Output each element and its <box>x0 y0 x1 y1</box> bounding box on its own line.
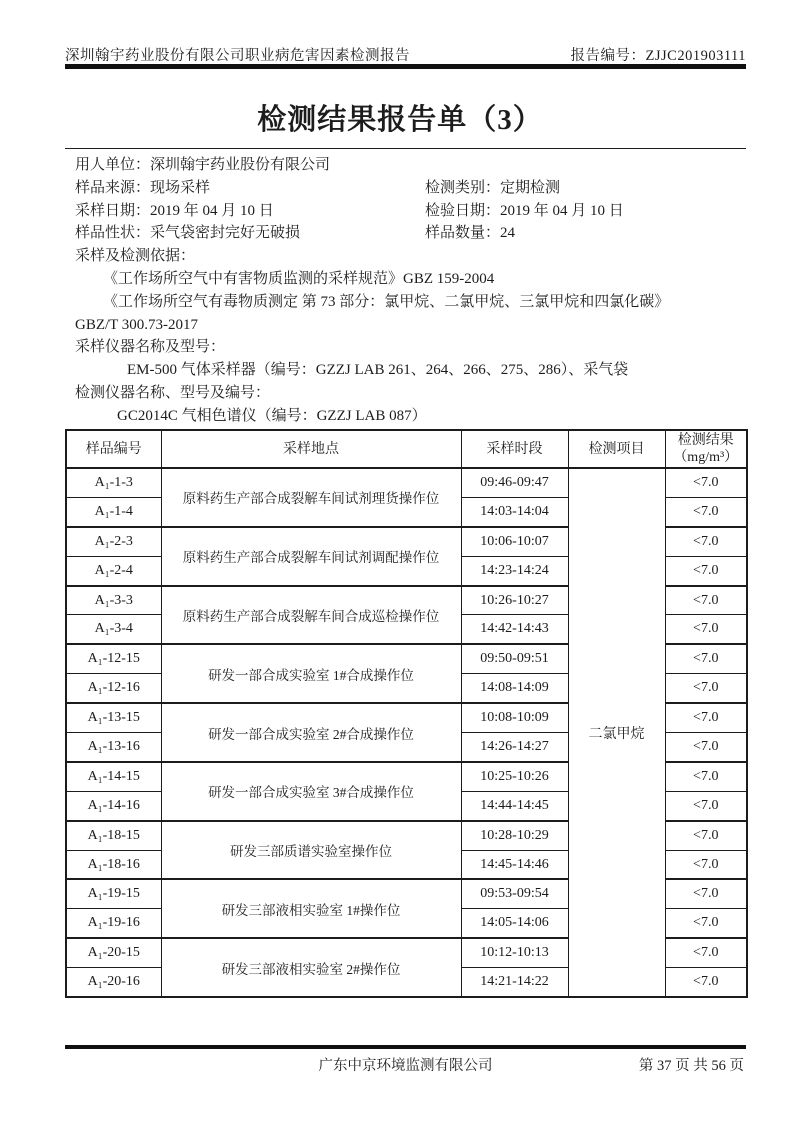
result-cell: <7.0 <box>665 497 747 526</box>
column-header-result: 检测结果 （mg/m³） <box>665 430 747 468</box>
results-table: 样品编号 采样地点 采样时段 检测项目 检测结果 （mg/m³） A₁-1-3原… <box>65 429 748 998</box>
info-detector-label: 检测仪器名称、型号及编号： <box>65 382 746 405</box>
info-sampler-line: EM-500 气体采样器（编号：GZZJ LAB 261、264、266、275… <box>65 359 746 382</box>
footer-divider <box>65 1045 746 1049</box>
sampling-time-cell: 14:26-14:27 <box>461 733 568 762</box>
sampling-time-cell: 14:44-14:45 <box>461 791 568 820</box>
report-number: 报告编号：ZJJC201903111 <box>571 44 747 65</box>
sample-id-cell: A₁-19-15 <box>66 879 161 908</box>
sample-id-cell: A₁-20-15 <box>66 938 161 967</box>
result-cell: <7.0 <box>665 821 747 850</box>
report-info-block: 用人单位：深圳翰宇药业股份有限公司 样品来源：现场采样 检测类别：定期检测 采样… <box>65 148 746 428</box>
info-row-source-type: 样品来源：现场采样 检测类别：定期检测 <box>65 177 746 200</box>
page-title: 检测结果报告单（3） <box>0 97 800 138</box>
result-cell: <7.0 <box>665 703 747 732</box>
info-basis-label: 采样及检测依据： <box>65 245 746 268</box>
sampling-time-cell: 14:42-14:43 <box>461 615 568 644</box>
sampling-time-cell: 14:03-14:04 <box>461 497 568 526</box>
sampling-location-cell: 研发一部合成实验室 1#合成操作位 <box>161 644 461 703</box>
result-cell: <7.0 <box>665 791 747 820</box>
sampling-time-cell: 09:46-09:47 <box>461 468 568 497</box>
sampling-location-cell: 原料药生产部合成裂解车间试剂调配操作位 <box>161 527 461 586</box>
sample-id-cell: A₁-1-4 <box>66 497 161 526</box>
info-sample-condition: 样品性状：采气袋密封完好无破损 <box>75 222 425 245</box>
table-row: A₁-1-3原料药生产部合成裂解车间试剂理货操作位09:46-09:47二氯甲烷… <box>66 468 747 497</box>
result-cell: <7.0 <box>665 644 747 673</box>
info-sampler-label: 采样仪器名称及型号： <box>65 336 746 359</box>
sample-id-cell: A₁-14-16 <box>66 791 161 820</box>
info-basis-line-1: 《工作场所空气中有害物质监测的采样规范》GBZ 159-2004 <box>65 268 746 291</box>
result-cell: <7.0 <box>665 879 747 908</box>
sampling-time-cell: 09:50-09:51 <box>461 644 568 673</box>
sampling-time-cell: 10:06-10:07 <box>461 527 568 556</box>
result-cell: <7.0 <box>665 615 747 644</box>
running-footer: 广东中京环境监测有限公司 第 37 页 共 56 页 <box>65 1054 746 1076</box>
result-cell: <7.0 <box>665 556 747 585</box>
result-cell: <7.0 <box>665 938 747 967</box>
table-header-row: 样品编号 采样地点 采样时段 检测项目 检测结果 （mg/m³） <box>66 430 747 468</box>
result-cell: <7.0 <box>665 909 747 938</box>
sample-id-cell: A₁-2-4 <box>66 556 161 585</box>
result-cell: <7.0 <box>665 527 747 556</box>
sampling-location-cell: 研发三部质谱实验室操作位 <box>161 821 461 880</box>
sample-id-cell: A₁-1-3 <box>66 468 161 497</box>
result-cell: <7.0 <box>665 586 747 615</box>
sampling-time-cell: 14:45-14:46 <box>461 850 568 879</box>
sampling-location-cell: 原料药生产部合成裂解车间合成巡检操作位 <box>161 586 461 645</box>
sample-id-cell: A₁-19-16 <box>66 909 161 938</box>
sampling-time-cell: 09:53-09:54 <box>461 879 568 908</box>
sample-id-cell: A₁-18-15 <box>66 821 161 850</box>
info-sample-quantity: 样品数量：24 <box>425 222 746 245</box>
info-employer: 用人单位：深圳翰宇药业股份有限公司 <box>65 154 746 177</box>
info-detect-type: 检测类别：定期检测 <box>425 177 746 200</box>
sampling-time-cell: 14:08-14:09 <box>461 674 568 703</box>
header-divider <box>65 64 746 69</box>
running-header: 深圳翰宇药业股份有限公司职业病危害因素检测报告 报告编号：ZJJC2019031… <box>65 44 746 65</box>
sampling-time-cell: 14:23-14:24 <box>461 556 568 585</box>
info-row-condition-qty: 样品性状：采气袋密封完好无破损 样品数量：24 <box>65 222 746 245</box>
report-header-title: 深圳翰宇药业股份有限公司职业病危害因素检测报告 <box>65 44 410 65</box>
info-basis-line-3: GBZ/T 300.73-2017 <box>65 314 746 337</box>
result-cell: <7.0 <box>665 733 747 762</box>
info-sample-source: 样品来源：现场采样 <box>75 177 425 200</box>
sampling-time-cell: 10:28-10:29 <box>461 821 568 850</box>
column-header-sampling-time: 采样时段 <box>461 430 568 468</box>
detect-item-cell: 二氯甲烷 <box>568 468 665 997</box>
column-header-sampling-location: 采样地点 <box>161 430 461 468</box>
sample-id-cell: A₁-3-4 <box>66 615 161 644</box>
column-header-detect-item: 检测项目 <box>568 430 665 468</box>
sampling-time-cell: 14:21-14:22 <box>461 968 568 997</box>
sample-id-cell: A₁-12-15 <box>66 644 161 673</box>
sampling-location-cell: 研发三部液相实验室 1#操作位 <box>161 879 461 938</box>
info-sampling-date: 采样日期：2019 年 04 月 10 日 <box>75 200 425 223</box>
results-tbody: A₁-1-3原料药生产部合成裂解车间试剂理货操作位09:46-09:47二氯甲烷… <box>66 468 747 997</box>
sampling-time-cell: 10:25-10:26 <box>461 762 568 791</box>
result-cell: <7.0 <box>665 968 747 997</box>
sample-id-cell: A₁-2-3 <box>66 527 161 556</box>
result-cell: <7.0 <box>665 674 747 703</box>
footer-page-number: 第 37 页 共 56 页 <box>639 1054 744 1075</box>
sampling-location-cell: 原料药生产部合成裂解车间试剂理货操作位 <box>161 468 461 527</box>
info-detector-line: GC2014C 气相色谱仪（编号：GZZJ LAB 087） <box>65 405 746 428</box>
sample-id-cell: A₁-14-15 <box>66 762 161 791</box>
sample-id-cell: A₁-18-16 <box>66 850 161 879</box>
result-cell: <7.0 <box>665 468 747 497</box>
info-inspection-date: 检验日期：2019 年 04 月 10 日 <box>425 200 746 223</box>
result-cell: <7.0 <box>665 762 747 791</box>
report-page: 深圳翰宇药业股份有限公司职业病危害因素检测报告 报告编号：ZJJC2019031… <box>0 0 800 1131</box>
sample-id-cell: A₁-12-16 <box>66 674 161 703</box>
sampling-location-cell: 研发一部合成实验室 3#合成操作位 <box>161 762 461 821</box>
sampling-time-cell: 10:26-10:27 <box>461 586 568 615</box>
sample-id-cell: A₁-3-3 <box>66 586 161 615</box>
sampling-location-cell: 研发三部液相实验室 2#操作位 <box>161 938 461 997</box>
sampling-location-cell: 研发一部合成实验室 2#合成操作位 <box>161 703 461 762</box>
result-cell: <7.0 <box>665 850 747 879</box>
info-row-dates: 采样日期：2019 年 04 月 10 日 检验日期：2019 年 04 月 1… <box>65 200 746 223</box>
sample-id-cell: A₁-20-16 <box>66 968 161 997</box>
sampling-time-cell: 10:08-10:09 <box>461 703 568 732</box>
info-basis-line-2: 《工作场所空气有毒物质测定 第 73 部分：氯甲烷、二氯甲烷、三氯甲烷和四氯化碳… <box>65 291 746 314</box>
footer-company: 广东中京环境监测有限公司 <box>319 1054 493 1075</box>
column-header-sample-id: 样品编号 <box>66 430 161 468</box>
sampling-time-cell: 10:12-10:13 <box>461 938 568 967</box>
sampling-time-cell: 14:05-14:06 <box>461 909 568 938</box>
sample-id-cell: A₁-13-15 <box>66 703 161 732</box>
sample-id-cell: A₁-13-16 <box>66 733 161 762</box>
